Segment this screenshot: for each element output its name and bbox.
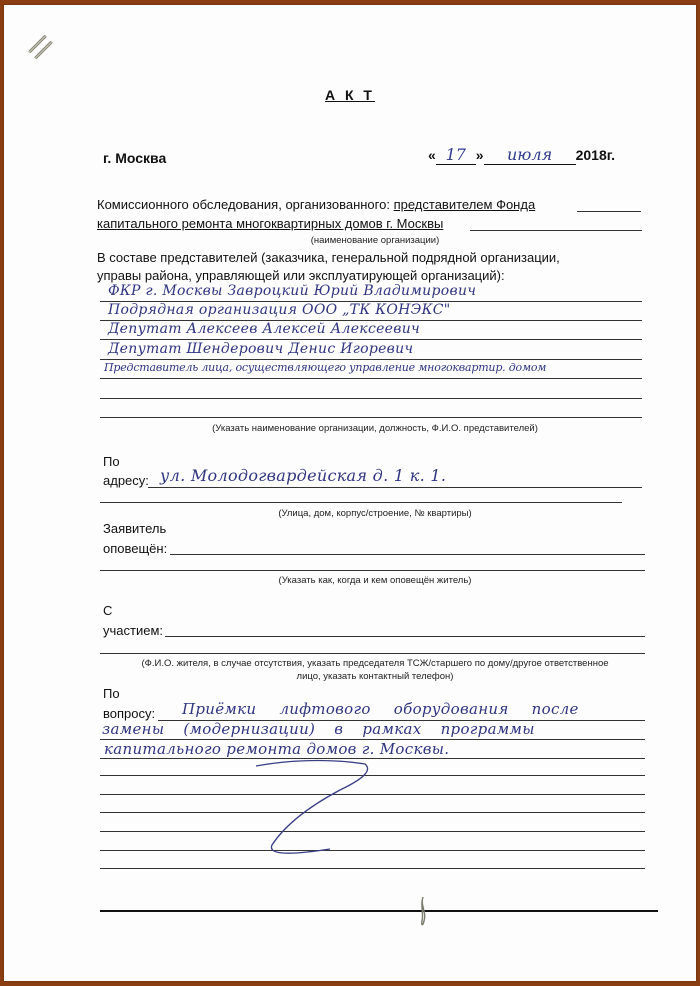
- staple-mark: [418, 895, 430, 929]
- signature-line: [100, 910, 658, 912]
- strike-through-mark: [0, 0, 700, 986]
